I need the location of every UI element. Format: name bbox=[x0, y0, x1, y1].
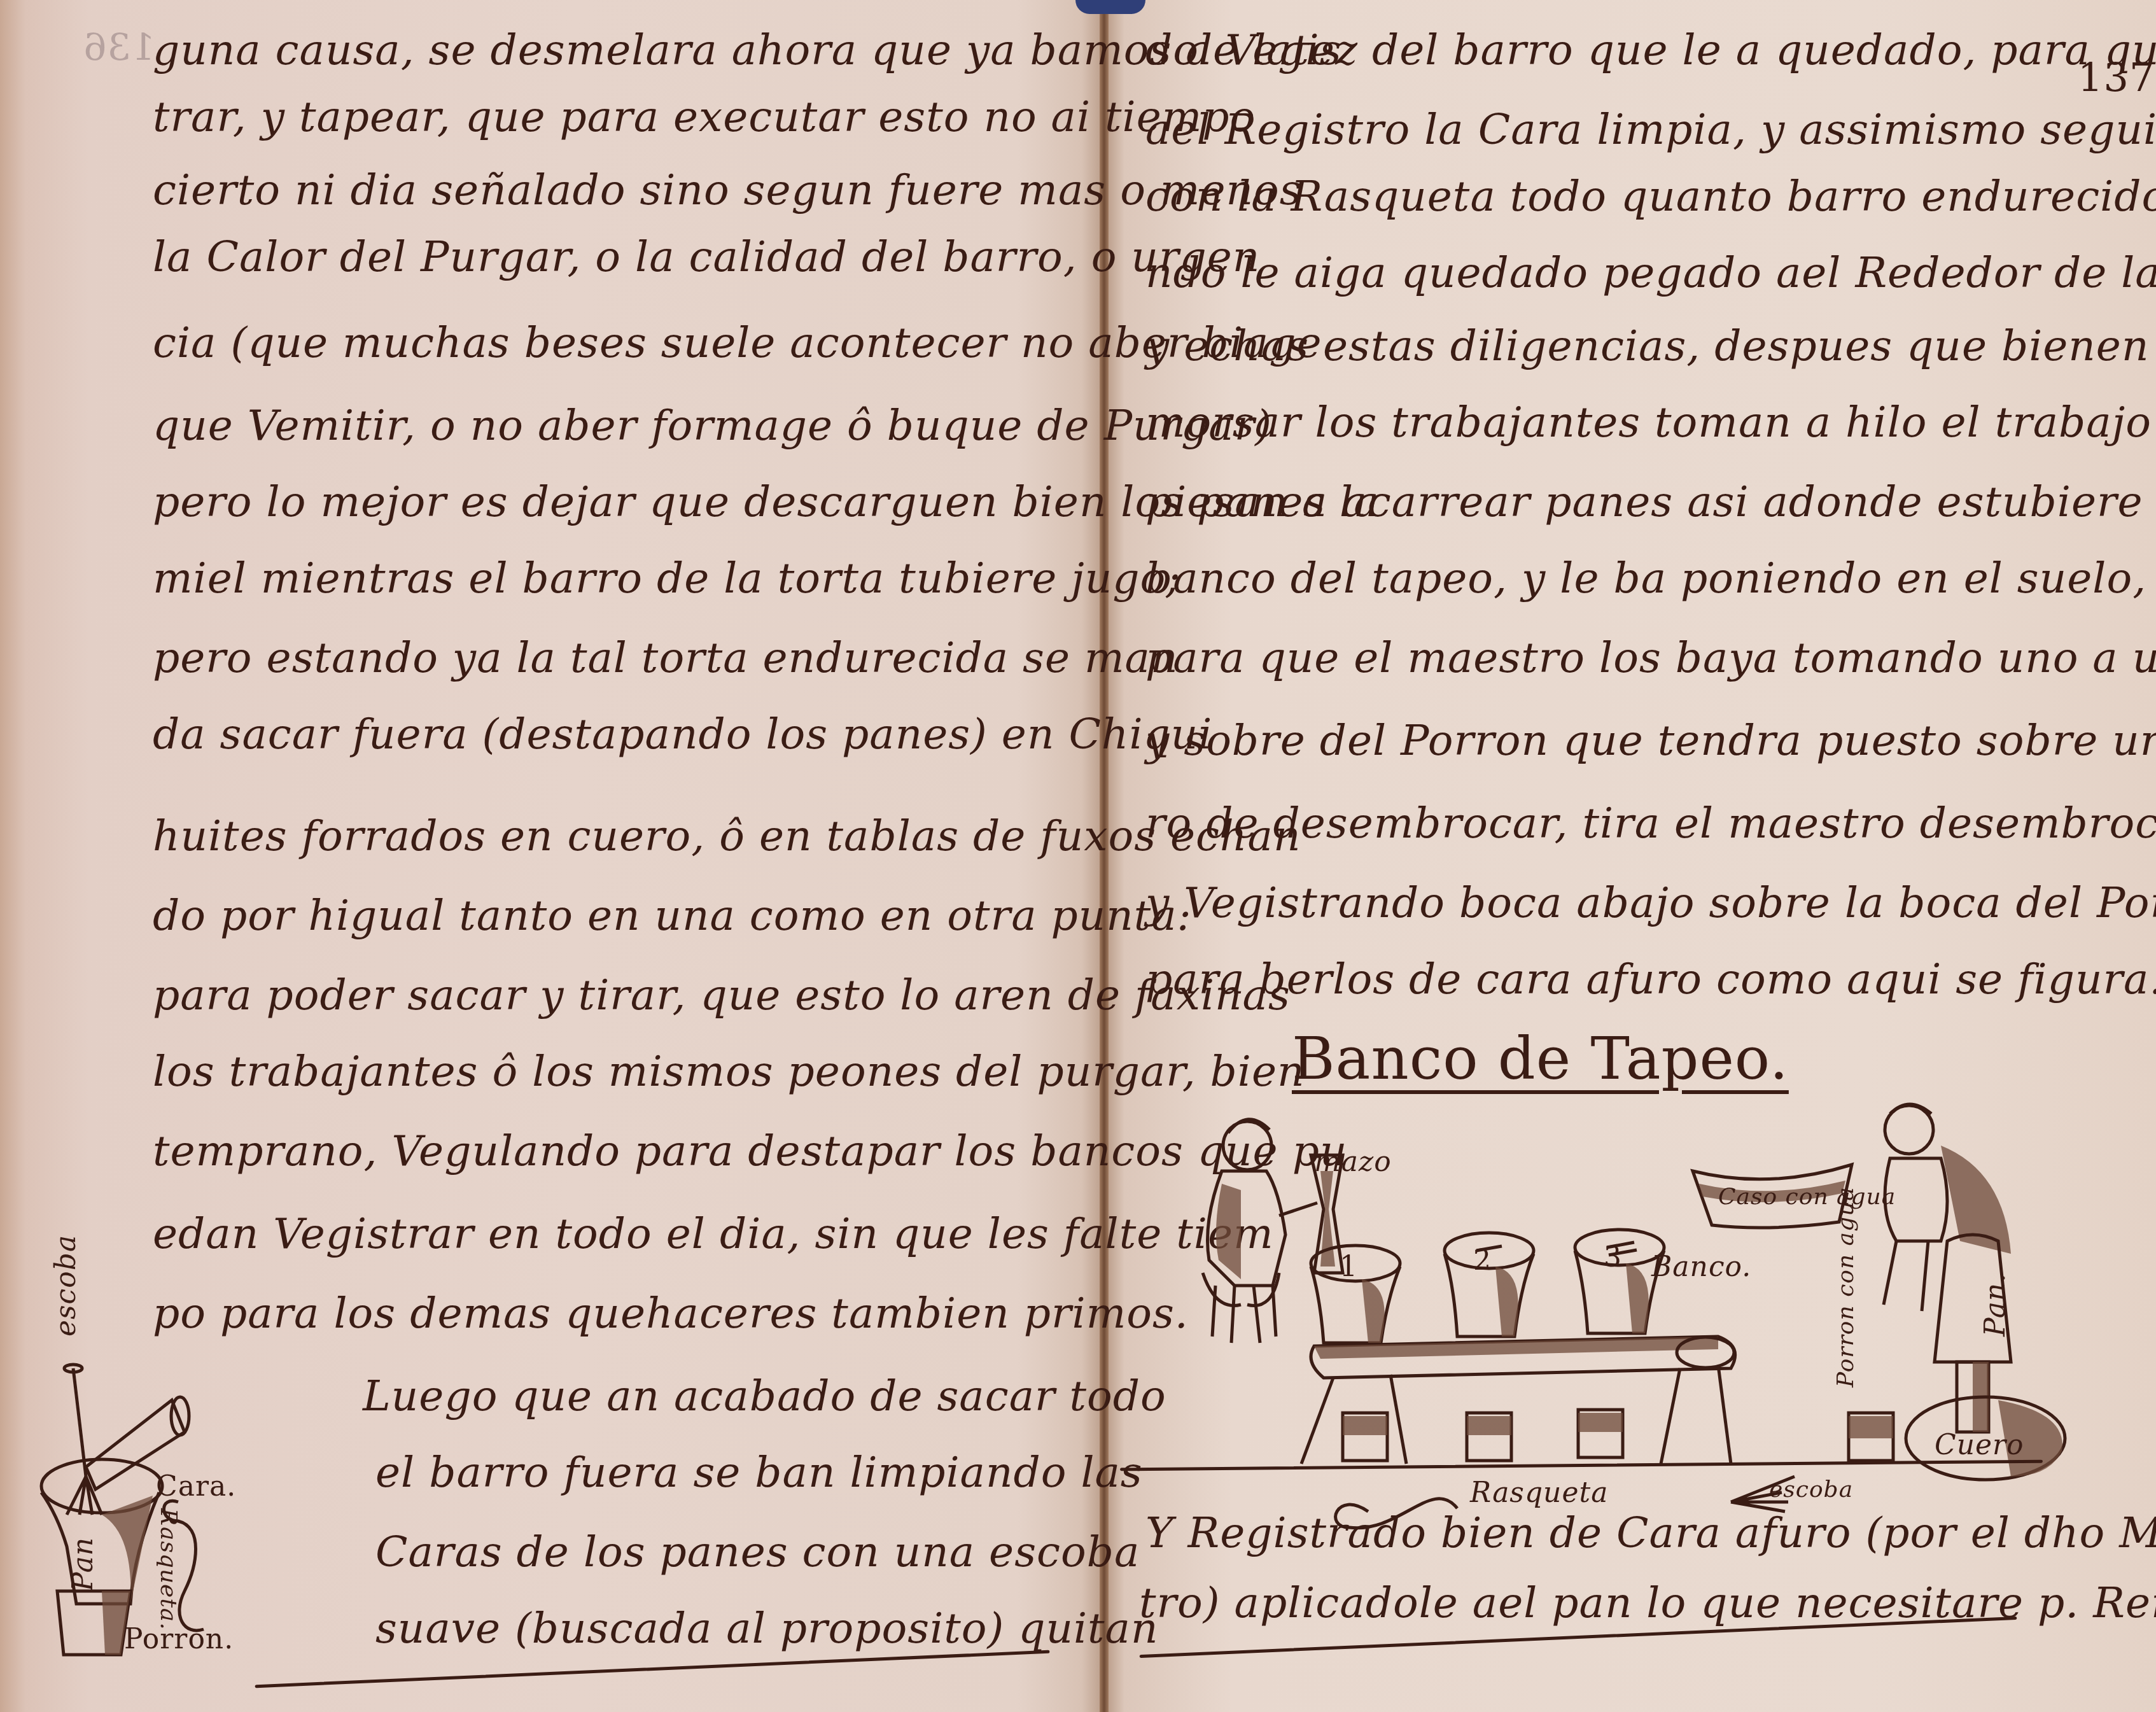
label-porron: Porron. bbox=[124, 1623, 234, 1655]
label-cara: Cara. bbox=[156, 1470, 236, 1503]
faint-page-number: 136 bbox=[83, 25, 155, 69]
label-cuero: Cuero bbox=[1935, 1429, 2024, 1461]
left-line-2: trar, y tapear, que para executar esto n… bbox=[153, 92, 1256, 141]
left-line-6: que Vemitir, o no aber formage ô buque d… bbox=[153, 401, 1272, 450]
left-line-18: Luego que an acabado de sacar todo bbox=[363, 1372, 1166, 1421]
right-line-9: para que el maestro los baya tomando uno… bbox=[1145, 633, 2156, 682]
label-rasqueta: Rasqueta bbox=[1470, 1477, 1608, 1509]
left-line-19: el barro fuera se ban limpiando las bbox=[375, 1448, 1143, 1497]
label-escoba: escoba bbox=[50, 1235, 82, 1337]
banco-de-tapeo-illustration bbox=[1158, 1095, 2049, 1464]
left-line-8: miel mientras el barro de la torta tubie… bbox=[153, 554, 1181, 603]
label-pan: Pan. bbox=[1979, 1273, 2012, 1337]
right-line-7: piesan a acarrear panes asi adonde estub… bbox=[1145, 477, 2156, 526]
left-line-14: los trabajantes ô los mismos peones del … bbox=[153, 1047, 1305, 1096]
open-manuscript: 136 guna causa, se desmelara ahora que y… bbox=[0, 0, 2156, 1712]
right-line-5: y echas estas diligencias, despues que b… bbox=[1145, 321, 2156, 370]
left-line-3: cierto ni dia señalado sino segun fuere … bbox=[153, 165, 1302, 214]
label-form-2: 2 bbox=[1473, 1244, 1492, 1277]
right-line-13: para berlos de cara afuro como aqui se f… bbox=[1145, 955, 2156, 1004]
closing-line-1: Y Registrado bien de Cara afuro (por el … bbox=[1145, 1508, 2156, 1557]
background-cover bbox=[1075, 0, 1145, 14]
right-line-3: con la Rasqueta todo quanto barro endure… bbox=[1145, 172, 2156, 221]
label-porron-con-agua: Porron con agua bbox=[1833, 1186, 1859, 1387]
left-line-21: suave (buscada al proposito) quitan bbox=[375, 1604, 1158, 1653]
label-form-1: 1 bbox=[1340, 1251, 1358, 1283]
right-line-2: ael Registro la Cara limpia, y assimismo… bbox=[1145, 105, 2156, 154]
left-line-17: po para los demas quehaceres tambien pri… bbox=[153, 1289, 1189, 1338]
label-banco: Banco. bbox=[1651, 1251, 1751, 1283]
label-form-3: 3 bbox=[1604, 1241, 1622, 1273]
right-line-6: morsar los trabajantes toman a hilo el t… bbox=[1145, 398, 2156, 447]
label-mazo: mazo bbox=[1314, 1146, 1392, 1178]
left-line-9: pero estando ya la tal torta endurecida … bbox=[153, 633, 1178, 682]
right-line-10: y sobre del Porron que tendra puesto sob… bbox=[1145, 716, 2156, 765]
left-line-4: la Calor del Purgar, o la calidad del ba… bbox=[153, 232, 1260, 281]
left-line-20: Caras de los panes con una escoba bbox=[375, 1527, 1140, 1576]
left-line-16: edan Vegistrar en todo el dia, sin que l… bbox=[153, 1209, 1274, 1258]
right-line-4: ndo le aiga quedado pegado ael Rededor d… bbox=[1145, 248, 2156, 297]
left-line-10: da sacar fuera (destapando los panes) en… bbox=[153, 710, 1212, 759]
label-rasqueta: Rasqueta. bbox=[155, 1508, 181, 1631]
right-line-8: banco del tapeo, y le ba poniendo en el … bbox=[1145, 554, 2156, 603]
left-line-13: para poder sacar y tirar, que esto lo ar… bbox=[153, 971, 1291, 1020]
left-line-11: huites forrados en cuero, ô en tablas de… bbox=[153, 811, 1301, 860]
left-line-12: do por higual tanto en una como en otra … bbox=[153, 891, 1192, 940]
figure-title: Banco de Tapeo. bbox=[1292, 1025, 1789, 1093]
right-line-12: y Vegistrando boca abajo sobre la boca d… bbox=[1145, 878, 2156, 927]
right-line-1: dole latez del barro que le a quedado, p… bbox=[1145, 25, 2156, 74]
label-caso-con-agua: Caso con agua bbox=[1718, 1184, 1896, 1210]
label-pan: Pan bbox=[67, 1537, 99, 1591]
right-line-11: ro de desembrocar, tira el maestro desem… bbox=[1145, 799, 2156, 848]
label-escoba: escoba bbox=[1769, 1477, 1853, 1503]
